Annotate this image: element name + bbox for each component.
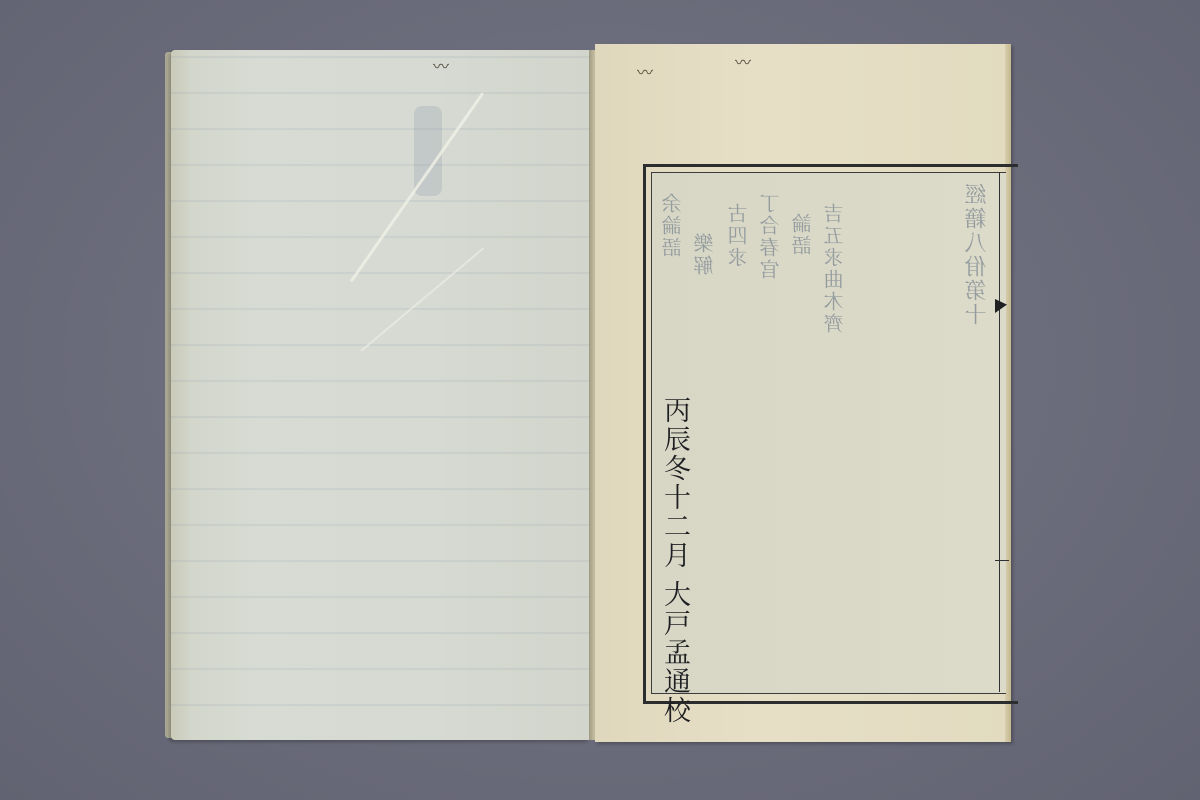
bleed-through-text: 論語 xyxy=(788,213,817,257)
bleed-through-text: 吉五求曲木齊 xyxy=(820,203,849,335)
ink-mark: 〰 xyxy=(433,54,449,77)
bleed-through-text: 余論語 xyxy=(658,193,687,259)
bleed-through-text: 丁合春官 xyxy=(756,193,785,281)
colophon-editor: 大戸孟通校 xyxy=(659,580,690,725)
bleed-through-text: 樂解 xyxy=(690,233,719,277)
right-page: 〰 〰 余論語 樂解 古四求 丁合春官 論語 吉五求曲木齊 經籍八佾第十 丙辰冬… xyxy=(595,44,1011,742)
left-page: 〰 xyxy=(171,50,589,740)
ink-mark: 〰 xyxy=(637,60,653,83)
colophon-text: 丙辰冬十二月大戸孟通校 xyxy=(659,396,689,725)
column-rule xyxy=(999,172,1000,692)
bleed-through-text: 古四求 xyxy=(724,203,753,269)
printed-border-inner: 余論語 樂解 古四求 丁合春官 論語 吉五求曲木齊 經籍八佾第十 xyxy=(651,172,1006,694)
paper-texture xyxy=(171,50,589,740)
bleed-through-text: 經籍八佾第十 xyxy=(962,183,993,327)
column-rule xyxy=(995,560,1009,561)
open-book: 〰 〰 〰 余論語 樂解 古四求 丁合春官 論語 吉五求曲木齊 經籍八佾第十 丙… xyxy=(165,44,1015,744)
colophon-date: 丙辰冬十二月 xyxy=(659,396,690,570)
ink-mark: 〰 xyxy=(735,50,751,73)
